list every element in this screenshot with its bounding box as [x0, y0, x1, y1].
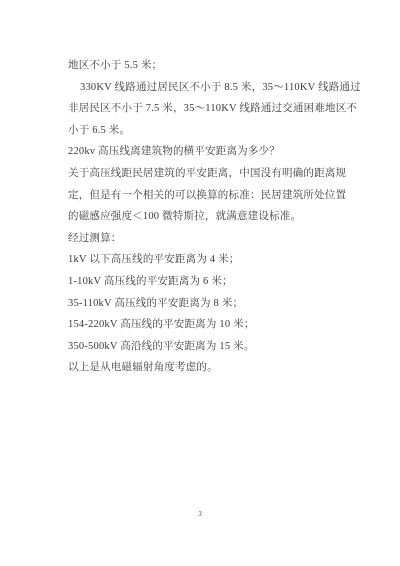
text-line: 地区不小于 5.5 米； [68, 55, 360, 77]
text-line: 关于高压线距民居建筑的平安距离，中国没有明确的距离规 [68, 163, 360, 185]
text-line: 定，但是有一个相关的可以换算的标准：民居建筑所处位置 [68, 185, 360, 207]
page-number: 3 [0, 510, 400, 518]
text-line: 1-10kV 高压线的平安距离为 6 米； [68, 271, 360, 293]
document-body: 地区不小于 5.5 米；330KV 线路通过居民区不小于 8.5 米，35～11… [68, 55, 360, 379]
text-line: 350-500kV 高沿线的平安距离为 15 米。 [68, 336, 360, 358]
text-line: 330KV 线路通过居民区不小于 8.5 米，35～110KV 线路通过 [68, 77, 360, 99]
text-line: 220kv 高压线离建筑物的横平安距离为多少？ [68, 141, 360, 163]
text-line: 的磁感应强度＜100 微特斯拉，就满意建设标准。 [68, 206, 360, 228]
text-line: 35-110kV 高压线的平安距离为 8 米； [68, 293, 360, 315]
text-line: 经过测算： [68, 228, 360, 250]
text-line: 154-220kV 高压线的平安距离为 10 米； [68, 314, 360, 336]
text-line: 1kV 以下高压线的平安距离为 4 米； [68, 249, 360, 271]
text-line: 以上是从电磁辐射角度考虑的。 [68, 357, 360, 379]
text-line: 小于 6.5 米。 [68, 120, 360, 142]
document-page: 地区不小于 5.5 米；330KV 线路通过居民区不小于 8.5 米，35～11… [0, 0, 400, 566]
text-line: 非居民区不小于 7.5 米，35～110KV 线路通过交通困难地区不 [68, 98, 360, 120]
